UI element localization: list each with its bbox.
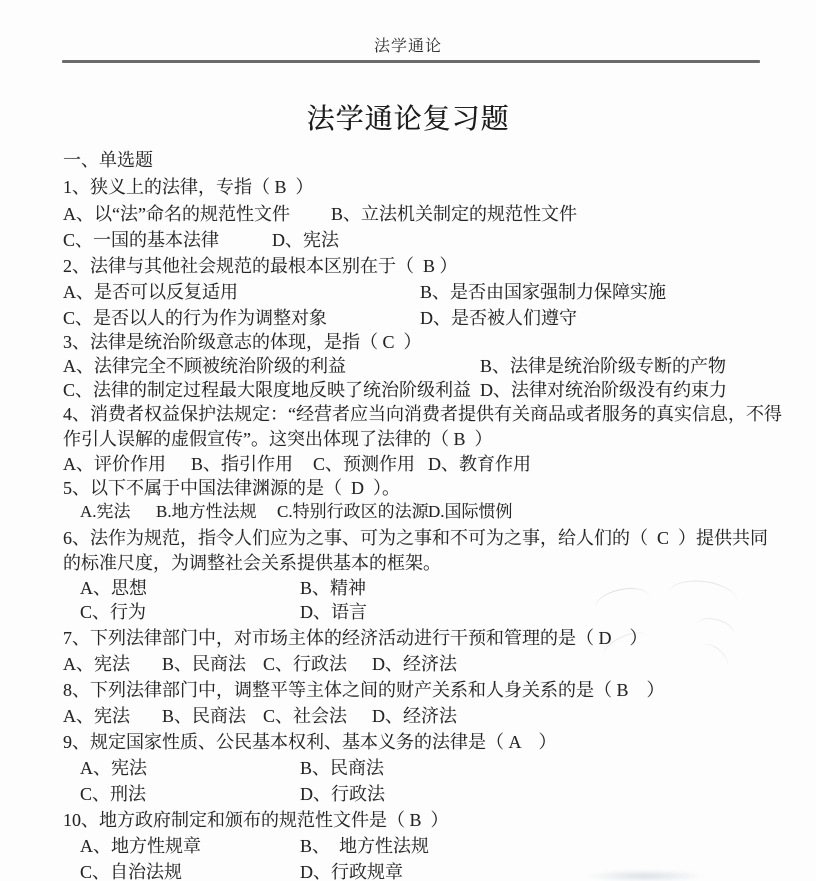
q7-options-text: C、行政法 [263,653,347,675]
q10-options-row2: C、自治法规D、行政规章 [0,861,816,881]
q6-options-row2-text: C、行为 [80,601,146,623]
q2-options-row2-text: D、是否被人们遵守 [420,307,577,329]
q6-options-row1-text: B、精神 [300,577,366,599]
section-heading-text: 一、单选题 [63,149,153,171]
q8-options-text: C、社会法 [263,705,347,727]
q8-options-text: D、经济法 [372,705,457,727]
q1-stem-text: 1、狭义上的法律，专指（ B ） [63,176,314,198]
q1-options-row2: C、一国的基本法律D、宪法 [0,229,816,253]
q1-options-row1-text: A、以“法”命名的规范性文件 [63,203,290,225]
q6-stem-line2: 的标准尺度，为调整社会关系提供基本的框架。 [0,552,816,576]
q1-stem: 1、狭义上的法律，专指（ B ） [0,176,816,200]
q2-options-row1-text: B、是否由国家强制力保障实施 [420,281,666,303]
q7-stem: 7、下列法律部门中，对市场主体的经济活动进行干预和管理的是（ D ） [0,627,816,651]
q5-options-text: A.宪法 [80,501,131,523]
q2-options-row1-text: A、是否可以反复适用 [63,281,238,303]
q3-options-row1-text: B、法律是统治阶级专断的产物 [480,355,726,377]
q2-options-row2: C、是否以人的行为作为调整对象D、是否被人们遵守 [0,307,816,331]
document-body: 一、单选题1、狭义上的法律，专指（ B ）A、以“法”命名的规范性文件B、立法机… [0,0,816,881]
q9-options-row2-text: D、行政法 [300,783,385,805]
q1-options-row1-text: B、立法机关制定的规范性文件 [331,203,577,225]
q5-options-text: C.特别行政区的法源 [277,501,429,523]
q7-options-text: B、民商法 [162,653,246,675]
q10-options-row1-text: A、地方性规章 [80,835,201,857]
q4-stem-line1: 4、消费者权益保护法规定：“经营者应当向消费者提供有关商品或者服务的真实信息，不… [0,403,816,427]
q6-stem-line1-text: 6、法作为规范，指令人们应为之事、可为之事和不可为之事，给人们的（ C ）提供共… [63,527,768,549]
q5-stem: 5、以下不属于中国法律渊源的是（ D ）。 [0,477,816,501]
q2-options-row2-text: C、是否以人的行为作为调整对象 [63,307,327,329]
q1-options-row2-text: D、宪法 [272,229,339,251]
q5-stem-text: 5、以下不属于中国法律渊源的是（ D ）。 [63,477,400,499]
q4-stem-line1-text: 4、消费者权益保护法规定：“经营者应当向消费者提供有关商品或者服务的真实信息，不… [63,403,782,425]
q10-options-row2-text: D、行政规章 [300,861,403,881]
q10-options-row2-text: C、自治法规 [80,861,182,881]
section-heading: 一、单选题 [0,149,816,173]
q10-options-row1-text: B、 地方性法规 [300,835,429,857]
q8-options-text: A、宪法 [63,705,130,727]
q3-stem-text: 3、法律是统治阶级意志的体现，是指（ C ） [63,331,422,353]
q9-options-row2-text: C、刑法 [80,783,146,805]
q10-stem: 10、地方政府制定和颁布的规范性文件是（ B ） [0,809,816,833]
q8-stem: 8、下列法律部门中，调整平等主体之间的财产关系和人身关系的是（ B ） [0,679,816,703]
scanned-exam-page: 法学通论 法学通论复习题 一、单选题1、狭义上的法律，专指（ B ）A、以“法”… [0,0,816,881]
q4-options-text: C、预测作用 [313,453,415,475]
q3-options-row2: C、法律的制定过程最大限度地反映了统治阶级利益D、法律对统治阶级没有约束力 [0,379,816,403]
q6-options-row1: A、思想B、精神 [0,577,816,601]
q2-options-row1: A、是否可以反复适用B、是否由国家强制力保障实施 [0,281,816,305]
q7-options-text: A、宪法 [63,653,130,675]
q5-options-text: B.地方性法规 [156,501,257,523]
q8-options-text: B、民商法 [162,705,246,727]
q6-options-row2: C、行为D、语言 [0,601,816,625]
q4-options-text: D、教育作用 [428,453,531,475]
q7-options: A、宪法B、民商法C、行政法D、经济法 [0,653,816,677]
q9-options-row1-text: A、宪法 [80,757,147,779]
q5-options: A.宪法B.地方性法规C.特别行政区的法源D.国际惯例 [0,501,816,525]
q9-stem-text: 9、规定国家性质、公民基本权利、基本义务的法律是（ A ） [63,731,557,753]
q3-options-row2-text: D、法律对统治阶级没有约束力 [480,379,727,401]
q6-stem-line1: 6、法作为规范，指令人们应为之事、可为之事和不可为之事，给人们的（ C ）提供共… [0,527,816,551]
q10-stem-text: 10、地方政府制定和颁布的规范性文件是（ B ） [63,809,449,831]
q8-options: A、宪法B、民商法C、社会法D、经济法 [0,705,816,729]
q7-stem-text: 7、下列法律部门中，对市场主体的经济活动进行干预和管理的是（ D ） [63,627,648,649]
q7-options-text: D、经济法 [372,653,457,675]
q4-stem-line2-text: 作引人误解的虚假宣传”。这突出体现了法律的（ B ） [63,428,493,450]
q4-options-text: A、评价作用 [63,453,166,475]
q9-options-row2: C、刑法D、行政法 [0,783,816,807]
q9-options-row1: A、宪法B、民商法 [0,757,816,781]
q1-options-row2-text: C、一国的基本法律 [63,229,219,251]
q2-stem-text: 2、法律与其他社会规范的最根本区别在于（ B ） [63,255,458,277]
q9-options-row1-text: B、民商法 [300,757,384,779]
q3-options-row1-text: A、法律完全不顾被统治阶级的利益 [63,355,346,377]
q10-options-row1: A、地方性规章B、 地方性法规 [0,835,816,859]
q4-options-text: B、指引作用 [191,453,293,475]
q5-options-text: D.国际惯例 [428,501,513,523]
q6-options-row1-text: A、思想 [80,577,147,599]
q3-options-row2-text: C、法律的制定过程最大限度地反映了统治阶级利益 [63,379,471,401]
q4-stem-line2: 作引人误解的虚假宣传”。这突出体现了法律的（ B ） [0,428,816,452]
q8-stem-text: 8、下列法律部门中，调整平等主体之间的财产关系和人身关系的是（ B ） [63,679,665,701]
q3-stem: 3、法律是统治阶级意志的体现，是指（ C ） [0,331,816,355]
q3-options-row1: A、法律完全不顾被统治阶级的利益B、法律是统治阶级专断的产物 [0,355,816,379]
q6-stem-line2-text: 的标准尺度，为调整社会关系提供基本的框架。 [63,552,441,574]
q4-options: A、评价作用B、指引作用C、预测作用D、教育作用 [0,453,816,477]
q2-stem: 2、法律与其他社会规范的最根本区别在于（ B ） [0,255,816,279]
q1-options-row1: A、以“法”命名的规范性文件B、立法机关制定的规范性文件 [0,203,816,227]
q6-options-row2-text: D、语言 [300,601,367,623]
q9-stem: 9、规定国家性质、公民基本权利、基本义务的法律是（ A ） [0,731,816,755]
